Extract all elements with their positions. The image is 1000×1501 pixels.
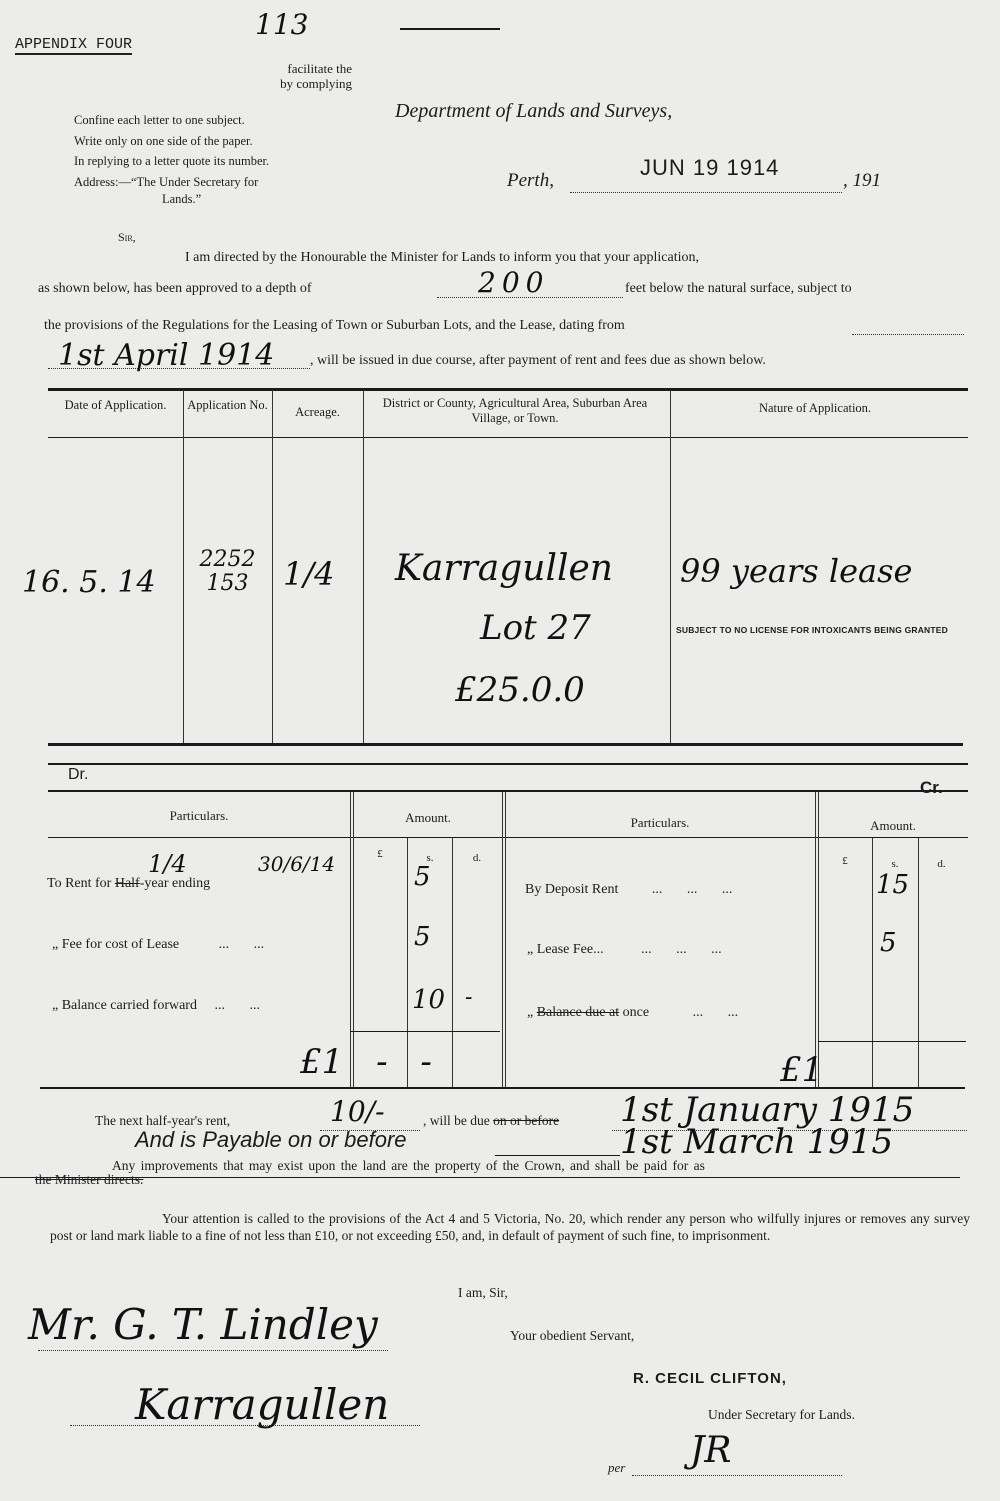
credit-label: Cr. bbox=[920, 778, 943, 798]
rent-fraction-note: 1/4 bbox=[148, 850, 187, 878]
credit-row-deposit-rent: By Deposit Rent ... ... ... bbox=[525, 882, 732, 898]
condition-stamp: SUBJECT TO NO LICENSE FOR INTOXICANTS BE… bbox=[676, 625, 948, 635]
credit-pounds-col: £ bbox=[820, 855, 870, 867]
payable-by-date: 1st March 1915 bbox=[620, 1122, 893, 1162]
signatory-title: Under Secretary for Lands. bbox=[708, 1407, 855, 1423]
date-stamp: JUN 19 1914 bbox=[640, 155, 779, 181]
col-header-app-no: Application No. bbox=[183, 398, 272, 413]
body-line-4-post: , will be issued in due course, after pa… bbox=[310, 353, 766, 369]
debit-particulars-header: Particulars. bbox=[48, 808, 350, 824]
instruction: In replying to a letter quote its number… bbox=[74, 151, 354, 172]
application-number: 2252 153 bbox=[185, 548, 270, 596]
debit-total: £1 - - bbox=[300, 1042, 432, 1082]
debit-balance-pence: - bbox=[465, 985, 472, 1010]
credit-shillings-col: s. bbox=[873, 858, 917, 870]
header-fragment: facilitate the by complying bbox=[260, 61, 352, 91]
nature-value: 99 years lease bbox=[680, 552, 912, 590]
instruction: Address:—“The Under Secretary for bbox=[74, 172, 354, 193]
debit-row-lease-fee: „ Fee for cost of Lease ... ... bbox=[52, 937, 264, 953]
application-date: 16. 5. 14 bbox=[22, 565, 156, 600]
improvements-notice: Any improvements that may exist upon the… bbox=[112, 1158, 705, 1174]
per-initials: JR bbox=[690, 1430, 732, 1471]
depth-value: 200 bbox=[478, 266, 549, 299]
payable-stamp: And is Payable on or before bbox=[135, 1127, 407, 1153]
instruction: Write only on one side of the paper. bbox=[74, 131, 354, 152]
survey-post-warning: Your attention is called to the provisio… bbox=[50, 1210, 970, 1244]
lease-start-date: 1st April 1914 bbox=[58, 338, 274, 373]
body-line-2-post: feet below the natural surface, subject … bbox=[625, 281, 852, 297]
credit-particulars-header: Particulars. bbox=[505, 815, 815, 831]
improvements-struck: the Minister directs. bbox=[35, 1172, 143, 1188]
credit-deposit-shillings: 15 bbox=[876, 870, 909, 900]
debit-rent-shillings: 5 bbox=[414, 862, 431, 892]
debit-pence-col: d. bbox=[453, 852, 501, 864]
credit-pence-col: d. bbox=[919, 858, 964, 870]
debit-amount-header: Amount. bbox=[353, 810, 503, 826]
folio-number: 113 bbox=[255, 8, 308, 41]
closing-salutation: I am, Sir, bbox=[458, 1285, 508, 1301]
body-line-3: the provisions of the Regulations for th… bbox=[44, 318, 625, 334]
closing-servant: Your obedient Servant, bbox=[510, 1328, 634, 1344]
signatory-name: R. CECIL CLIFTON, bbox=[633, 1370, 787, 1387]
credit-total: £1 bbox=[780, 1050, 823, 1090]
next-rent-amount: 10/- bbox=[330, 1095, 385, 1128]
body-line-2-pre: as shown below, has been approved to a d… bbox=[38, 281, 312, 297]
lot-value: Lot 27 bbox=[480, 608, 591, 648]
price-value: £25.0.0 bbox=[455, 670, 585, 710]
credit-lease-fee-shillings: 5 bbox=[880, 928, 897, 958]
col-header-acreage: Acreage. bbox=[272, 405, 363, 420]
instruction: Confine each letter to one subject. bbox=[74, 110, 354, 131]
debit-balance-shillings: 10 bbox=[412, 985, 445, 1015]
debit-fee-shillings: 5 bbox=[414, 922, 431, 952]
district-value: Karragullen bbox=[395, 548, 613, 589]
credit-row-lease-fee: „ Lease Fee... ... ... ... bbox=[527, 942, 722, 958]
col-header-nature: Nature of Application. bbox=[670, 401, 960, 416]
rent-period-end: 30/6/14 bbox=[258, 852, 335, 876]
addressee-place: Karragullen bbox=[135, 1380, 389, 1429]
col-header-district: District or County, Agricultural Area, S… bbox=[375, 396, 655, 426]
year-prefix: , 191 bbox=[843, 170, 881, 192]
department-name: Department of Lands and Surveys, bbox=[395, 100, 672, 123]
salutation: Sir, bbox=[118, 230, 136, 245]
place-label: Perth, bbox=[507, 170, 554, 192]
debit-label: Dr. bbox=[68, 766, 88, 784]
body-line-1: I am directed by the Honourable the Mini… bbox=[185, 250, 699, 266]
debit-row-rent: To Rent for Half-year ending bbox=[47, 876, 210, 892]
instruction: Lands.” bbox=[74, 192, 354, 206]
debit-pounds-col: £ bbox=[355, 848, 405, 860]
appendix-label: APPENDIX FOUR bbox=[15, 36, 132, 55]
col-header-date: Date of Application. bbox=[48, 398, 183, 413]
addressee-name: Mr. G. T. Lindley bbox=[28, 1300, 378, 1349]
due-label: , will be due on or before bbox=[423, 1113, 559, 1129]
credit-amount-header: Amount. bbox=[818, 818, 968, 834]
credit-row-balance: „ Balance due at once ... ... bbox=[527, 1005, 738, 1021]
debit-row-balance: „ Balance carried forward ... ... bbox=[52, 998, 260, 1014]
correspondence-instructions: Confine each letter to one subject. Writ… bbox=[74, 110, 354, 206]
per-label: per bbox=[608, 1460, 625, 1476]
acreage-value: 1/4 bbox=[283, 555, 335, 593]
